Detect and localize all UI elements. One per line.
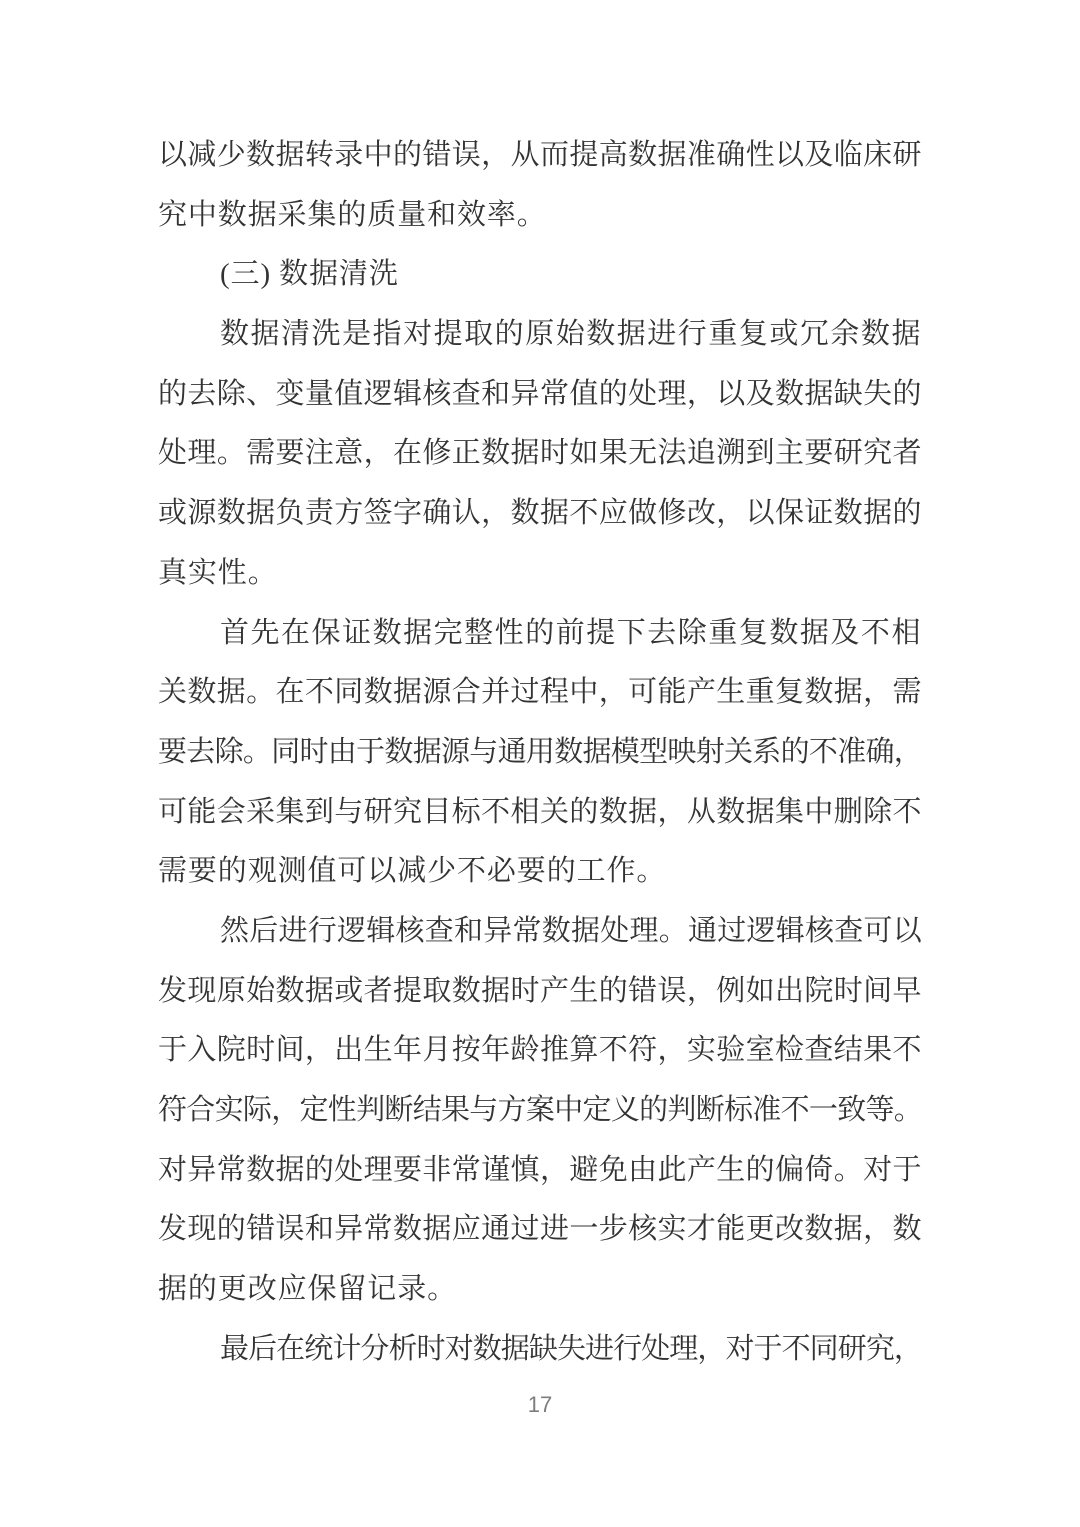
text-line: 最后在统计分析时对数据缺失进行处理，对于不同研究， bbox=[158, 1320, 922, 1380]
text-line: 发现原始数据或者提取数据时产生的错误，例如出院时间早 bbox=[158, 962, 922, 1022]
text-line: 需要的观测值可以减少不必要的工作。 bbox=[158, 842, 922, 902]
document-lines: 以减少数据转录中的错误，从而提高数据准确性以及临床研究中数据采集的质量和效率。(… bbox=[158, 126, 922, 1379]
text-line: 处理。需要注意，在修正数据时如果无法追溯到主要研究者 bbox=[158, 424, 922, 484]
text-line: 然后进行逻辑核查和异常数据处理。通过逻辑核查可以 bbox=[158, 902, 922, 962]
text-line: 究中数据采集的质量和效率。 bbox=[158, 186, 922, 246]
text-line: 数据清洗是指对提取的原始数据进行重复或冗余数据 bbox=[158, 305, 922, 365]
text-line: 真实性。 bbox=[158, 544, 922, 604]
text-line: 关数据。在不同数据源合并过程中，可能产生重复数据，需 bbox=[158, 663, 922, 723]
text-line: 据的更改应保留记录。 bbox=[158, 1260, 922, 1320]
text-line: 对异常数据的处理要非常谨慎，避免由此产生的偏倚。对于 bbox=[158, 1141, 922, 1201]
document-page: 以减少数据转录中的错误，从而提高数据准确性以及临床研究中数据采集的质量和效率。(… bbox=[0, 0, 1080, 1527]
text-line: (三) 数据清洗 bbox=[158, 245, 922, 305]
text-line: 发现的错误和异常数据应通过进一步核实才能更改数据，数 bbox=[158, 1200, 922, 1260]
text-line: 或源数据负责方签字确认，数据不应做修改，以保证数据的 bbox=[158, 484, 922, 544]
text-line: 于入院时间，出生年月按年龄推算不符，实验室检查结果不 bbox=[158, 1021, 922, 1081]
text-line: 的去除、变量值逻辑核查和异常值的处理，以及数据缺失的 bbox=[158, 365, 922, 425]
text-line: 符合实际，定性判断结果与方案中定义的判断标准不一致等。 bbox=[158, 1081, 922, 1141]
text-line: 要去除。同时由于数据源与通用数据模型映射关系的不准确， bbox=[158, 723, 922, 783]
page-number: 17 bbox=[0, 1392, 1080, 1418]
text-line: 可能会采集到与研究目标不相关的数据，从数据集中删除不 bbox=[158, 783, 922, 843]
text-line: 以减少数据转录中的错误，从而提高数据准确性以及临床研 bbox=[158, 126, 922, 186]
text-line: 首先在保证数据完整性的前提下去除重复数据及不相 bbox=[158, 604, 922, 664]
